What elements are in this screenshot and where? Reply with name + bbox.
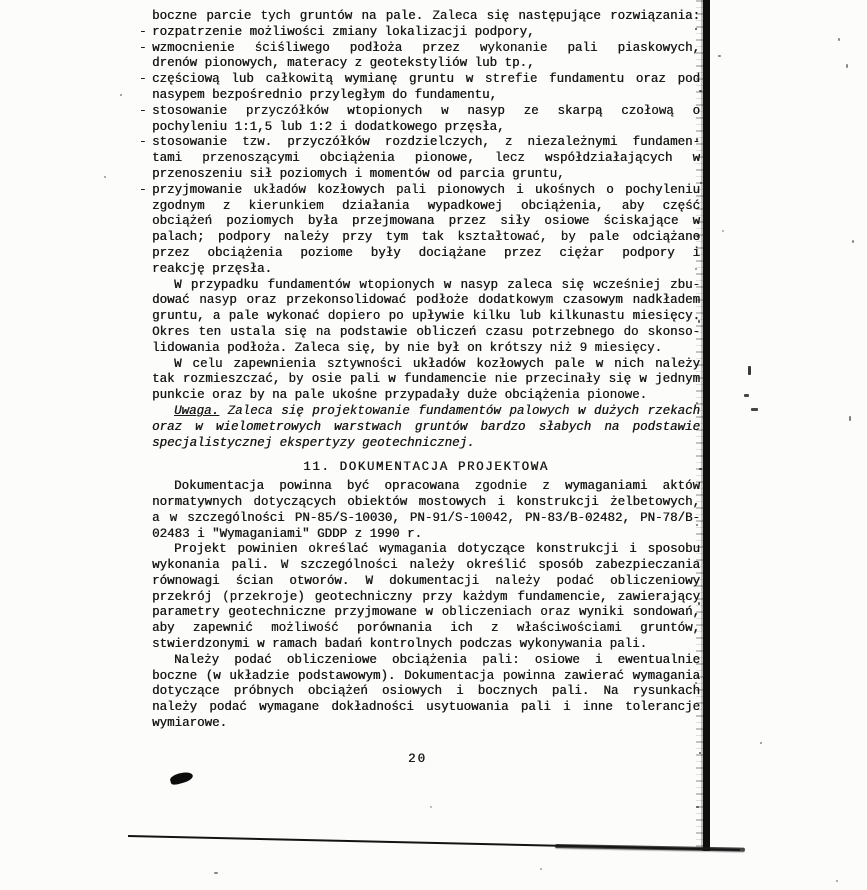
line-text: 02483 i "Wymaganiami" GDDP z 1990 r.: [152, 527, 422, 541]
scan-speckle: [696, 524, 698, 526]
line-text: reakcję przęsła.: [152, 262, 272, 276]
text-line: nasypem bezpośrednio przyległym do funda…: [152, 88, 700, 104]
list-item-line: -rozpatrzenie możliwości zmiany lokaliza…: [152, 25, 700, 41]
text-line: pochyleniu 1:1,5 lub 1:2 i dodatkowego p…: [152, 120, 700, 136]
text-line: oraz w wielometrowych warstwach gruntów …: [152, 420, 700, 436]
text-line: punkcie oraz by na pale ukośne przypadał…: [152, 388, 700, 404]
line-text: przez obciążenia poziome były dociążane …: [152, 246, 700, 260]
section-heading: 11. DOKUMENTACJA PROJEKTOWA: [152, 460, 700, 476]
list-dash-icon: -: [139, 135, 147, 151]
list-item-line: -wzmocnienie ściśliwego podłoża przez wy…: [152, 41, 700, 57]
scan-speckle: [744, 394, 749, 397]
line-text: stwierdzonymi w ramach badań kontrolnych…: [152, 637, 647, 651]
scan-speckle: [748, 366, 751, 375]
line-text: dować nasyp oraz przekonsolidować podłoż…: [152, 293, 700, 307]
scan-speckle: [214, 872, 218, 874]
scan-speckle: [699, 752, 701, 754]
scan-speckle: [700, 182, 702, 184]
line-text: tak rozmieszczać, by osie pali w fundame…: [152, 372, 700, 386]
scan-speckle: [836, 880, 838, 882]
line-text: Zaleca się projektowanie fundamentów pal…: [219, 404, 700, 418]
text-line: tami przenoszącymi obciążenia pionowe, l…: [152, 151, 700, 167]
text-line: zgodnym z kierunkiem działania wypadkowe…: [152, 199, 700, 215]
text-column: boczne parcie tych gruntów na pale. Zale…: [152, 9, 700, 732]
text-line: Dokumentacja powinna być opracowana zgod…: [152, 479, 700, 495]
text-line: drenów pionowych, materacy z geotekstyli…: [152, 56, 700, 72]
scan-speckle: [697, 236, 700, 238]
line-text: przekrój (przekroje) geotechniczny przy …: [152, 590, 700, 604]
line-text: należy podać wymagane dokładności usytuo…: [152, 700, 700, 714]
scan-speckle: [696, 806, 699, 808]
list-item-line: -stosowanie tzw. przyczółków rozdzielczy…: [152, 135, 700, 151]
line-text: palach; podpory należy przy tym tak kszt…: [152, 230, 700, 244]
line-text: Okres ten ustala się na podstawie oblicz…: [152, 325, 700, 339]
list-dash-icon: -: [139, 104, 147, 120]
scan-speckle: [699, 468, 702, 470]
line-text: oraz w wielometrowych warstwach gruntów …: [152, 420, 700, 434]
line-text: W przypadku fundamentów wtopionych w nas…: [174, 278, 700, 292]
text-line: Uwaga. Zaleca się projektowanie fundamen…: [152, 404, 700, 420]
line-text: gruntu, a pale wykonać dopiero po upływi…: [152, 309, 700, 323]
scan-speckle: [695, 28, 697, 30]
text-line: W celu zapewnienia sztywności układów ko…: [152, 357, 700, 373]
text-line: wykonania pali. W szczególności należy o…: [152, 558, 700, 574]
text-line: równowagi ścian otworów. W dokumentacji …: [152, 574, 700, 590]
list-item-line: -stosowanie przyczółków wtopionych w nas…: [152, 104, 700, 120]
scan-speckle: [696, 402, 698, 404]
line-text: punkcie oraz by na pale ukośne przypadał…: [152, 388, 647, 402]
line-text: boczne parcie tych gruntów na pale. Zale…: [152, 9, 700, 23]
list-dash-icon: -: [139, 72, 147, 88]
line-text: zgodnym z kierunkiem działania wypadkowe…: [152, 199, 700, 213]
text-line: dotyczące próbnych obciążeń osiowych i b…: [152, 684, 700, 700]
line-text: a w szczególności PN-85/S-10030, PN-91/S…: [152, 511, 700, 525]
scan-speckle: [698, 602, 700, 605]
text-line: przenoszeniu sił poziomych i momentów od…: [152, 167, 700, 183]
text-line: specjalistycznej ekspertyzy geotechniczn…: [152, 436, 700, 452]
line-text: Projekt powinien określać wymagania doty…: [174, 542, 700, 556]
line-text: dotyczące próbnych obciążeń osiowych i b…: [152, 684, 700, 698]
line-text: przyjmowanie układów kozłowych pali pion…: [152, 183, 700, 197]
line-text: tami przenoszącymi obciążenia pionowe, l…: [152, 151, 700, 165]
line-text: równowagi ścian otworów. W dokumentacji …: [152, 574, 700, 588]
line-text: obciążeń poziomych była przejmowana prze…: [152, 214, 700, 228]
list-item-line: -częściową lub całkowitą wymianę gruntu …: [152, 72, 700, 88]
scan-speckle: [718, 55, 721, 57]
text-line: obciążeń poziomych była przejmowana prze…: [152, 214, 700, 230]
text-line: boczne parcie tych gruntów na pale. Zale…: [152, 9, 700, 25]
line-text: przenoszeniu sił poziomych i momentów od…: [152, 167, 565, 181]
text-line: tak rozmieszczać, by osie pali w fundame…: [152, 372, 700, 388]
line-text: drenów pionowych, materacy z geotekstyli…: [152, 56, 535, 70]
text-line: gruntu, a pale wykonać dopiero po upływi…: [152, 309, 700, 325]
line-text: normatywnych dotyczących obiektów mostow…: [152, 495, 700, 509]
text-line: wymiarowe.: [152, 716, 700, 732]
line-text: wzmocnienie ściśliwego podłoża przez wyk…: [152, 41, 700, 55]
line-text: aby zapewnić możliwość porównania ich z …: [152, 621, 700, 635]
scan-speckle: [120, 94, 122, 96]
underlined-term: Uwaga.: [174, 404, 219, 418]
text-line: W przypadku fundamentów wtopionych w nas…: [152, 278, 700, 294]
line-text: nasypem bezpośrednio przyległym do funda…: [152, 88, 497, 102]
text-line: a w szczególności PN-85/S-10030, PN-91/S…: [152, 511, 700, 527]
line-text: rozpatrzenie możliwości zmiany lokalizac…: [152, 25, 535, 39]
list-dash-icon: -: [139, 41, 147, 57]
scanned-document-page: boczne parcie tych gruntów na pale. Zale…: [0, 0, 867, 890]
line-text: wykonania pali. W szczególności należy o…: [152, 558, 700, 572]
scan-speckle: [699, 90, 702, 92]
vertical-scan-edge-line: [703, 0, 710, 851]
text-line: reakcję przęsła.: [152, 262, 700, 278]
line-text: częściową lub całkowitą wymianę gruntu w…: [152, 72, 700, 86]
line-text: Należy podać obliczeniowe obciążenia pal…: [174, 653, 700, 667]
text-line: Okres ten ustala się na podstawie oblicz…: [152, 325, 700, 341]
scan-speckle: [430, 806, 432, 808]
text-line: Należy podać obliczeniowe obciążenia pal…: [152, 653, 700, 669]
scan-speckle: [722, 230, 724, 232]
line-text: boczne (w układzie podstawowym). Dokumen…: [152, 669, 700, 683]
scan-edge-fuzz: [696, 0, 703, 851]
line-text: specjalistycznej ekspertyzy geotechniczn…: [152, 436, 475, 450]
line-text: W celu zapewnienia sztywności układów ko…: [174, 357, 700, 371]
line-text: lidowania podłoża. Zaleca się, by nie by…: [152, 341, 662, 355]
line-text: Dokumentacja powinna być opracowana zgod…: [174, 479, 700, 493]
bottom-scan-edge-line-thick: [555, 844, 745, 852]
text-line: stwierdzonymi w ramach badań kontrolnych…: [152, 637, 700, 653]
text-line: 02483 i "Wymaganiami" GDDP z 1990 r.: [152, 527, 700, 543]
scan-speckle: [849, 416, 851, 421]
list-item-line: -przyjmowanie układów kozłowych pali pio…: [152, 183, 700, 199]
list-dash-icon: -: [139, 183, 147, 199]
scan-speckle: [695, 682, 697, 684]
scan-speckle: [760, 742, 762, 744]
scan-speckle: [846, 64, 848, 68]
text-line: parametry geotechniczne przyjmowane w ob…: [152, 605, 700, 621]
line-text: stosowanie tzw. przyczółków rozdzielczyc…: [152, 135, 700, 149]
scan-speckle: [696, 138, 698, 141]
text-line: przez obciążenia poziome były dociążane …: [152, 246, 700, 262]
line-text: wymiarowe.: [152, 716, 227, 730]
line-text: pochyleniu 1:1,5 lub 1:2 i dodatkowego p…: [152, 120, 505, 134]
ink-smudge-mark: [169, 770, 194, 786]
scan-speckle: [104, 176, 106, 178]
text-line: boczne (w układzie podstawowym). Dokumen…: [152, 669, 700, 685]
text-line: aby zapewnić możliwość porównania ich z …: [152, 621, 700, 637]
scan-speckle: [698, 320, 700, 323]
text-line: dować nasyp oraz przekonsolidować podłoż…: [152, 293, 700, 309]
line-text: 11. DOKUMENTACJA PROJEKTOWA: [303, 460, 549, 474]
page-number: 20: [408, 752, 427, 766]
text-line: Projekt powinien określać wymagania doty…: [152, 542, 700, 558]
text-line: palach; podpory należy przy tym tak kszt…: [152, 230, 700, 246]
scan-speckle: [751, 408, 758, 411]
text-line: należy podać wymagane dokładności usytuo…: [152, 700, 700, 716]
scan-speckle: [852, 240, 854, 243]
text-line: lidowania podłoża. Zaleca się, by nie by…: [152, 341, 700, 357]
line-text: stosowanie przyczółków wtopionych w nasy…: [152, 104, 700, 118]
text-line: normatywnych dotyczących obiektów mostow…: [152, 495, 700, 511]
scan-speckle: [838, 38, 840, 41]
scan-speckle: [695, 268, 697, 270]
line-text: parametry geotechniczne przyjmowane w ob…: [152, 605, 700, 619]
text-line: przekrój (przekroje) geotechniczny przy …: [152, 590, 700, 606]
list-dash-icon: -: [139, 25, 147, 41]
scan-speckle: [540, 868, 542, 870]
